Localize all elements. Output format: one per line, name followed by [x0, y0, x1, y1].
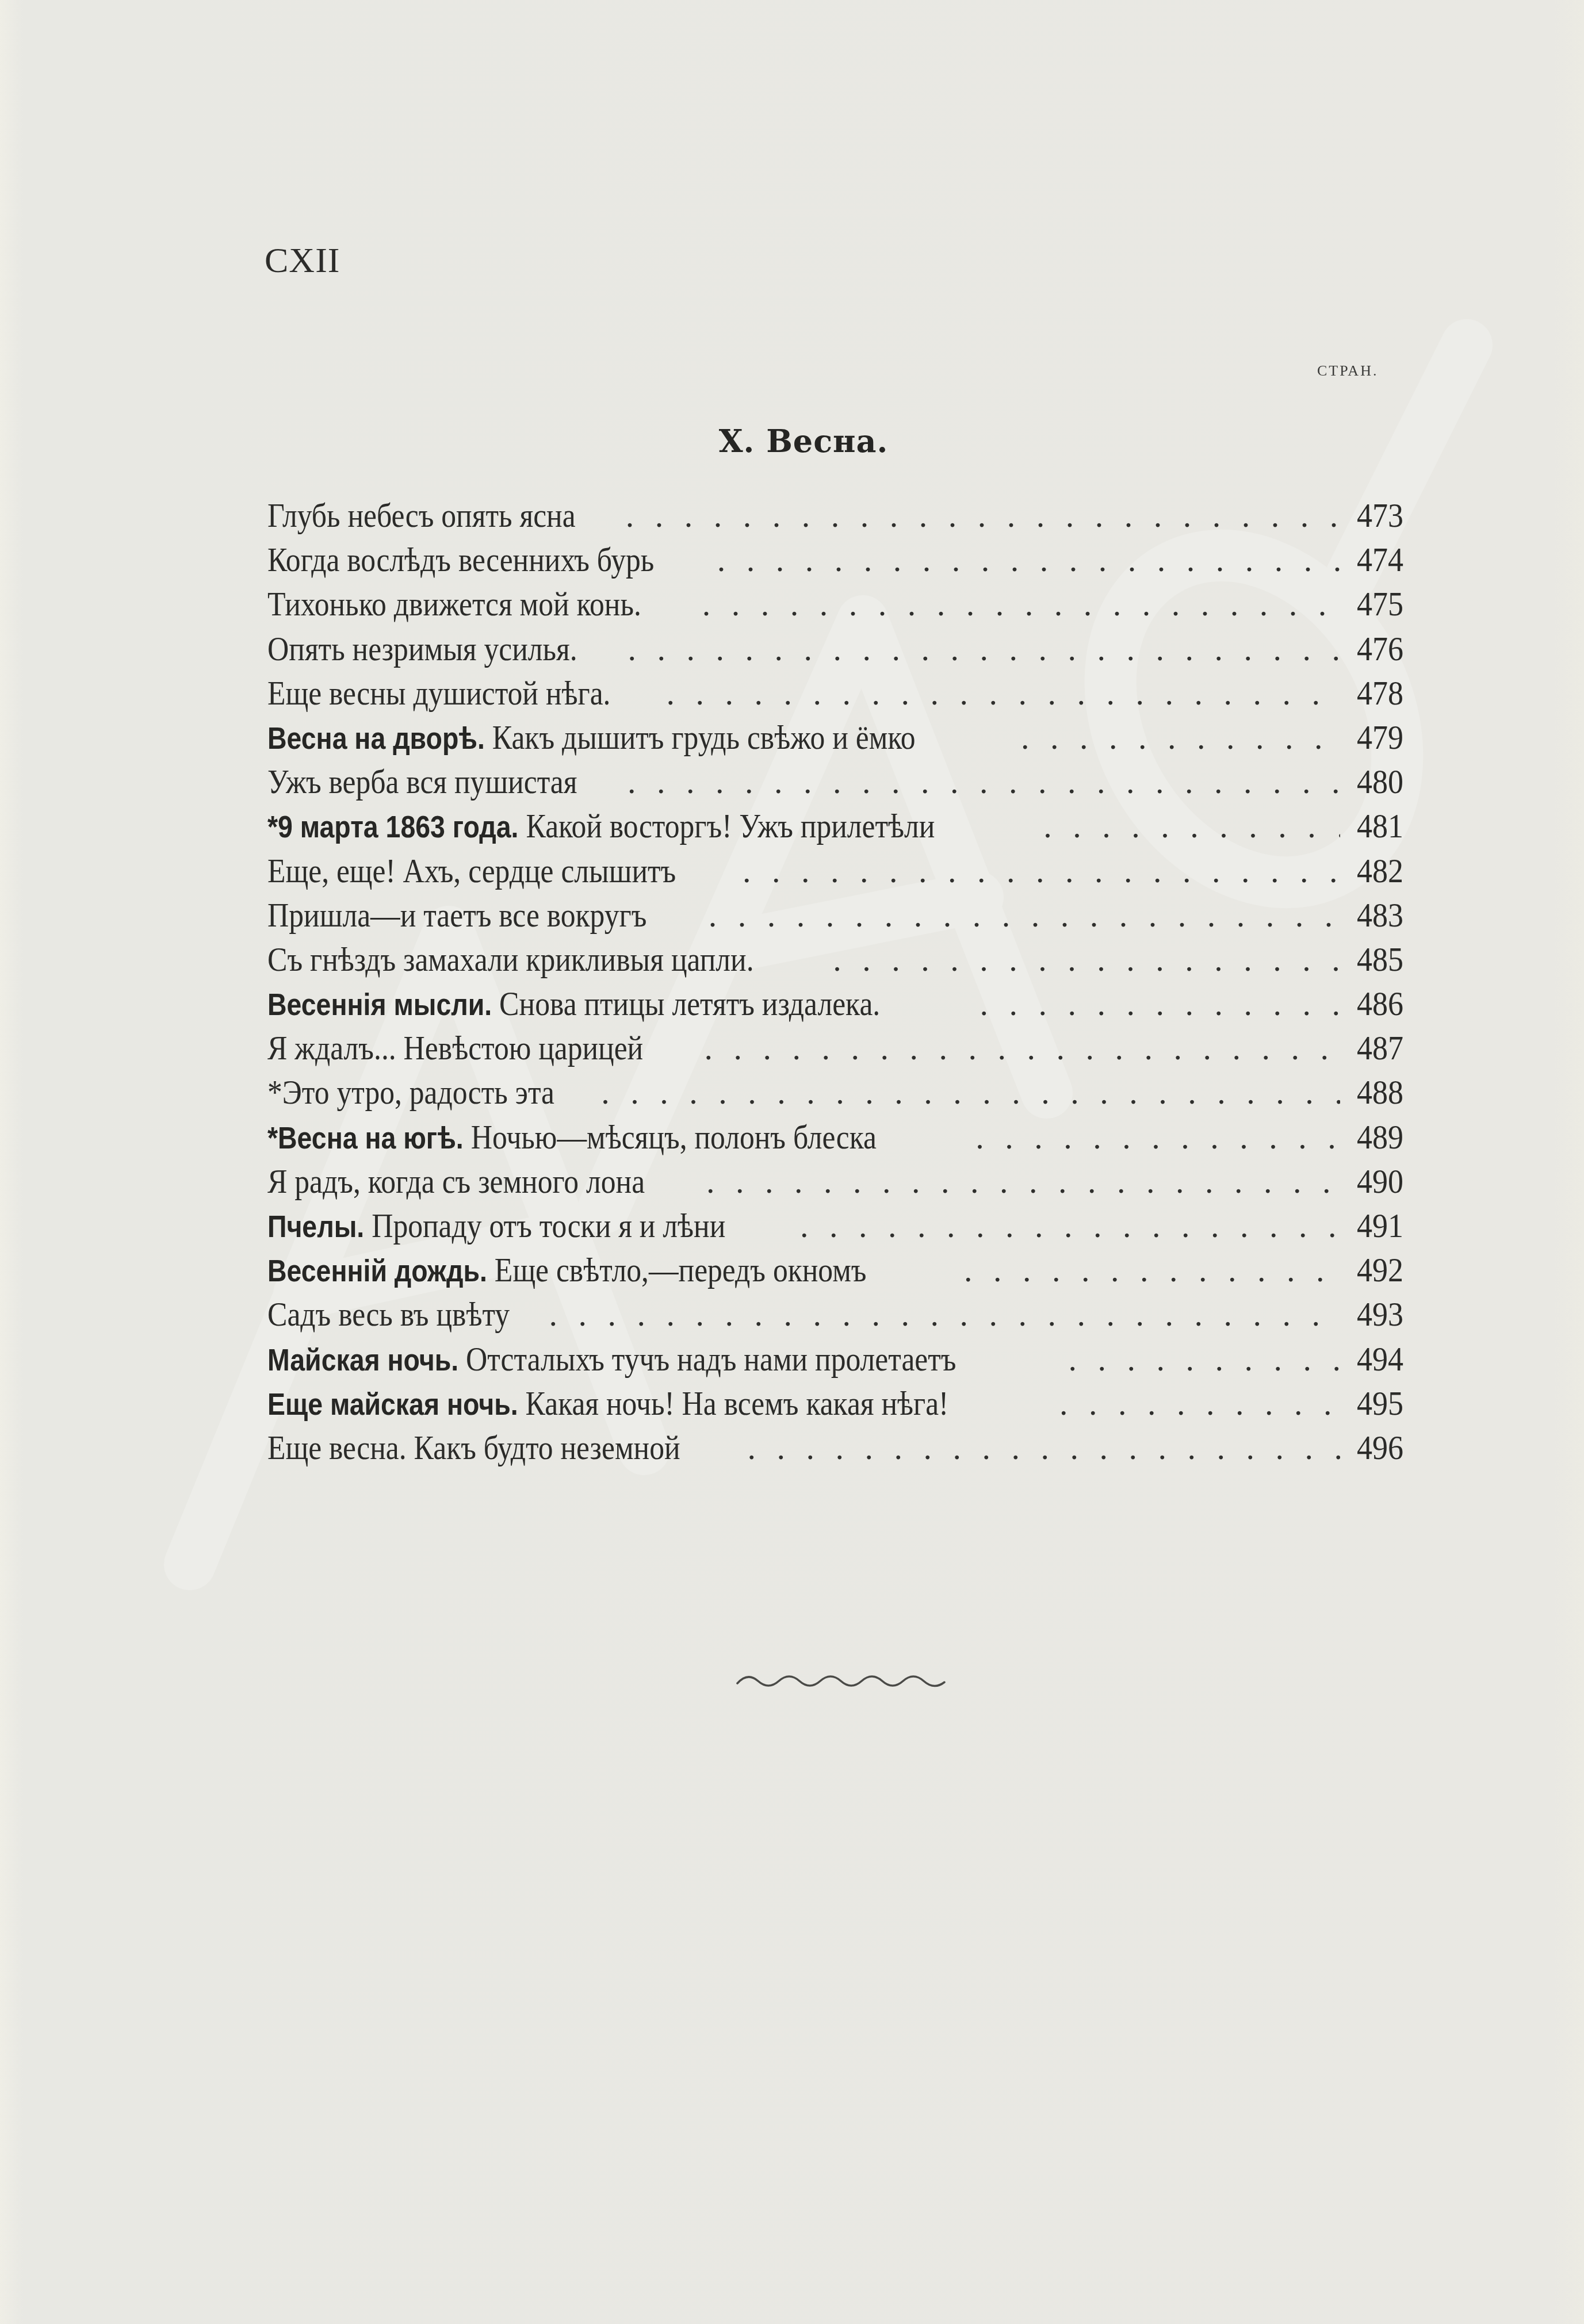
toc-entry-heading: Пчелы. [267, 1209, 364, 1244]
toc-entry-first-line: Еще свѣтло,—передъ окномъ [487, 1251, 867, 1289]
dot-leader [706, 1159, 1340, 1204]
dot-leader [601, 1070, 1340, 1115]
toc-entry: Я радъ, когда съ земного лона490 [267, 1159, 1403, 1204]
toc-entry-title: Весеннія мысли. Снова птицы летятъ издал… [267, 982, 880, 1026]
toc-entry: Еще, еще! Ахъ, сердце слышитъ482 [267, 849, 1403, 893]
toc-entry: Пчелы. Пропаду отъ тоски я и лѣни491 [267, 1204, 1403, 1248]
toc-entry-page-number: 483 [1346, 893, 1403, 937]
toc-entry-title: Глубь небесъ опять ясна [267, 493, 576, 538]
toc-entry-first-line: Я ждалъ... Невѣстою царицей [267, 1029, 643, 1067]
toc-entry-first-line: Снова птицы летятъ издалека. [492, 985, 880, 1023]
dot-leader [964, 1248, 1340, 1292]
dot-leader [709, 893, 1340, 937]
toc-entry-page-number: 481 [1346, 804, 1403, 848]
dot-leader [628, 760, 1340, 804]
dot-leader [667, 671, 1340, 715]
dot-leader [628, 627, 1340, 671]
toc-entry-first-line: Пришла—и таетъ все вокругъ [267, 896, 646, 934]
toc-entry-heading: Майская ночь. [267, 1343, 458, 1377]
toc-entry-first-line: Когда вослѣдъ весеннихъ бурь [267, 541, 654, 579]
toc-entry-page-number: 491 [1346, 1204, 1403, 1248]
toc-entry-page-number: 490 [1346, 1159, 1403, 1204]
toc-entry: Пришла—и таетъ все вокругъ483 [267, 893, 1403, 937]
toc-entry-page-number: 473 [1346, 493, 1403, 538]
toc-entry-page-number: 479 [1346, 715, 1403, 760]
toc-entry-title: *Это утро, радость эта [267, 1070, 554, 1115]
dot-leader [1043, 804, 1340, 848]
toc-entry-title: Съ гнѣздъ замахали крикливыя цапли. [267, 937, 754, 982]
dot-leader [1021, 715, 1340, 760]
toc-entry-page-number: 494 [1346, 1337, 1403, 1381]
toc-entry-first-line: Какъ дышитъ грудь свѣжо и ёмко [485, 718, 916, 756]
toc-entry: *Это утро, радость эта488 [267, 1070, 1403, 1115]
dot-leader [1068, 1337, 1340, 1381]
dot-leader [549, 1292, 1340, 1337]
toc-entry-title: Ужъ верба вся пушистая [267, 760, 577, 804]
toc-entry-page-number: 482 [1346, 849, 1403, 893]
toc-entry-page-number: 474 [1346, 538, 1403, 582]
page-column-header: СТРАН. [1317, 362, 1378, 380]
toc-entry-page-number: 480 [1346, 760, 1403, 804]
dot-leader [702, 582, 1340, 626]
toc-entry-title: Весенній дождь. Еще свѣтло,—передъ окном… [267, 1248, 867, 1292]
wavy-line-ornament-icon [736, 1671, 949, 1688]
toc-entry-heading: *9 марта 1863 года. [267, 810, 519, 844]
toc-entry: Опять незримыя усилья.476 [267, 627, 1403, 671]
toc-entry-first-line: Опять незримыя усилья. [267, 630, 577, 668]
toc-entry-first-line: Пропаду отъ тоски я и лѣни [364, 1207, 725, 1245]
toc-entry-title: Тихонько движется мой конь. [267, 582, 641, 626]
toc-entry-page-number: 495 [1346, 1381, 1403, 1426]
toc-entry-title: Майская ночь. Отсталыхъ тучъ надъ нами п… [267, 1337, 956, 1381]
section-title: X. Весна. [0, 423, 1584, 460]
toc-entry-title: *Весна на югѣ. Ночью—мѣсяцъ, полонъ блес… [267, 1115, 877, 1159]
table-of-contents: Глубь небесъ опять ясна473Когда вослѣдъ … [267, 493, 1403, 1470]
toc-entry-heading: Весна на дворѣ. [267, 721, 485, 756]
dot-leader [800, 1204, 1340, 1248]
toc-entry: *Весна на югѣ. Ночью—мѣсяцъ, полонъ блес… [267, 1115, 1403, 1159]
dot-leader [747, 1426, 1340, 1470]
toc-entry: Весна на дворѣ. Какъ дышитъ грудь свѣжо … [267, 715, 1403, 760]
toc-entry-first-line: Еще, еще! Ахъ, сердце слышитъ [267, 852, 676, 890]
toc-entry-page-number: 475 [1346, 582, 1403, 626]
toc-entry-heading: Весенній дождь. [267, 1254, 487, 1288]
toc-entry: Весенній дождь. Еще свѣтло,—передъ окном… [267, 1248, 1403, 1292]
toc-entry-page-number: 492 [1346, 1248, 1403, 1292]
toc-entry-title: Пришла—и таетъ все вокругъ [267, 893, 646, 937]
toc-entry: Съ гнѣздъ замахали крикливыя цапли.485 [267, 937, 1403, 982]
toc-entry-first-line: Я радъ, когда съ земного лона [267, 1162, 645, 1200]
toc-entry-page-number: 476 [1346, 627, 1403, 671]
toc-entry-page-number: 485 [1346, 937, 1403, 982]
dot-leader [833, 937, 1340, 982]
toc-entry-page-number: 487 [1346, 1026, 1403, 1070]
toc-entry-title: Пчелы. Пропаду отъ тоски я и лѣни [267, 1204, 725, 1248]
toc-entry-title: Я ждалъ... Невѣстою царицей [267, 1026, 643, 1070]
toc-entry-page-number: 488 [1346, 1070, 1403, 1115]
toc-entry-title: *9 марта 1863 года. Какой восторгъ! Ужъ … [267, 804, 935, 848]
toc-entry-title: Весна на дворѣ. Какъ дышитъ грудь свѣжо … [267, 715, 916, 760]
toc-entry-first-line: Ночью—мѣсяцъ, полонъ блеска [464, 1118, 877, 1156]
toc-entry-title: Еще майская ночь. Какая ночь! На всемъ к… [267, 1381, 948, 1426]
toc-entry: Садъ весь въ цвѣту493 [267, 1292, 1403, 1337]
toc-entry-first-line: Еще весны душистой нѣга. [267, 674, 610, 712]
toc-entry: Майская ночь. Отсталыхъ тучъ надъ нами п… [267, 1337, 1403, 1381]
toc-entry-page-number: 493 [1346, 1292, 1403, 1337]
dot-leader [626, 493, 1340, 538]
toc-entry: Еще майская ночь. Какая ночь! На всемъ к… [267, 1381, 1403, 1426]
dot-leader [1059, 1381, 1340, 1426]
toc-entry: Когда вослѣдъ весеннихъ бурь474 [267, 538, 1403, 582]
toc-entry: Еще весны душистой нѣга.478 [267, 671, 1403, 715]
toc-entry: Ужъ верба вся пушистая480 [267, 760, 1403, 804]
toc-entry-first-line: *Это утро, радость эта [267, 1073, 554, 1111]
book-page: CXII СТРАН. X. Весна. Глубь небесъ опять… [0, 0, 1584, 2324]
toc-entry-first-line: Глубь небесъ опять ясна [267, 496, 576, 534]
dot-leader [705, 1026, 1340, 1070]
toc-entry: Тихонько движется мой конь.475 [267, 582, 1403, 626]
toc-entry-title: Садъ весь въ цвѣту [267, 1292, 510, 1337]
toc-entry: Глубь небесъ опять ясна473 [267, 493, 1403, 538]
toc-entry-first-line: Еще весна. Какъ будто неземной [267, 1429, 680, 1467]
dot-leader [975, 1115, 1340, 1159]
toc-entry-first-line: Какой восторгъ! Ужъ прилетѣли [519, 807, 935, 845]
toc-entry-page-number: 489 [1346, 1115, 1403, 1159]
toc-entry: *9 марта 1863 года. Какой восторгъ! Ужъ … [267, 804, 1403, 848]
toc-entry-heading: *Весна на югѣ. [267, 1121, 464, 1155]
toc-entry-page-number: 486 [1346, 982, 1403, 1026]
page-folio: CXII [265, 240, 340, 281]
toc-entry: Еще весна. Какъ будто неземной496 [267, 1426, 1403, 1470]
toc-entry-first-line: Какая ночь! На всемъ какая нѣга! [518, 1384, 949, 1422]
toc-entry: Я ждалъ... Невѣстою царицей487 [267, 1026, 1403, 1070]
toc-entry-title: Еще весна. Какъ будто неземной [267, 1426, 680, 1470]
dot-leader [717, 538, 1340, 582]
dot-leader [980, 982, 1340, 1026]
toc-entry-first-line: Тихонько движется мой конь. [267, 585, 641, 623]
toc-entry-first-line: Отсталыхъ тучъ надъ нами пролетаетъ [458, 1340, 956, 1378]
toc-entry-heading: Весеннія мысли. [267, 987, 492, 1022]
toc-entry-first-line: Съ гнѣздъ замахали крикливыя цапли. [267, 940, 754, 978]
toc-entry-title: Я радъ, когда съ земного лона [267, 1159, 645, 1204]
toc-entry-first-line: Садъ весь въ цвѣту [267, 1295, 510, 1333]
toc-entry-title: Еще весны душистой нѣга. [267, 671, 610, 715]
toc-entry-first-line: Ужъ верба вся пушистая [267, 763, 577, 801]
toc-entry-title: Еще, еще! Ахъ, сердце слышитъ [267, 849, 676, 893]
toc-entry-page-number: 478 [1346, 671, 1403, 715]
toc-entry-page-number: 496 [1346, 1426, 1403, 1470]
dot-leader [743, 849, 1340, 893]
toc-entry-title: Когда вослѣдъ весеннихъ бурь [267, 538, 654, 582]
toc-entry-heading: Еще майская ночь. [267, 1387, 518, 1422]
toc-entry-title: Опять незримыя усилья. [267, 627, 577, 671]
toc-entry: Весеннія мысли. Снова птицы летятъ издал… [267, 982, 1403, 1026]
